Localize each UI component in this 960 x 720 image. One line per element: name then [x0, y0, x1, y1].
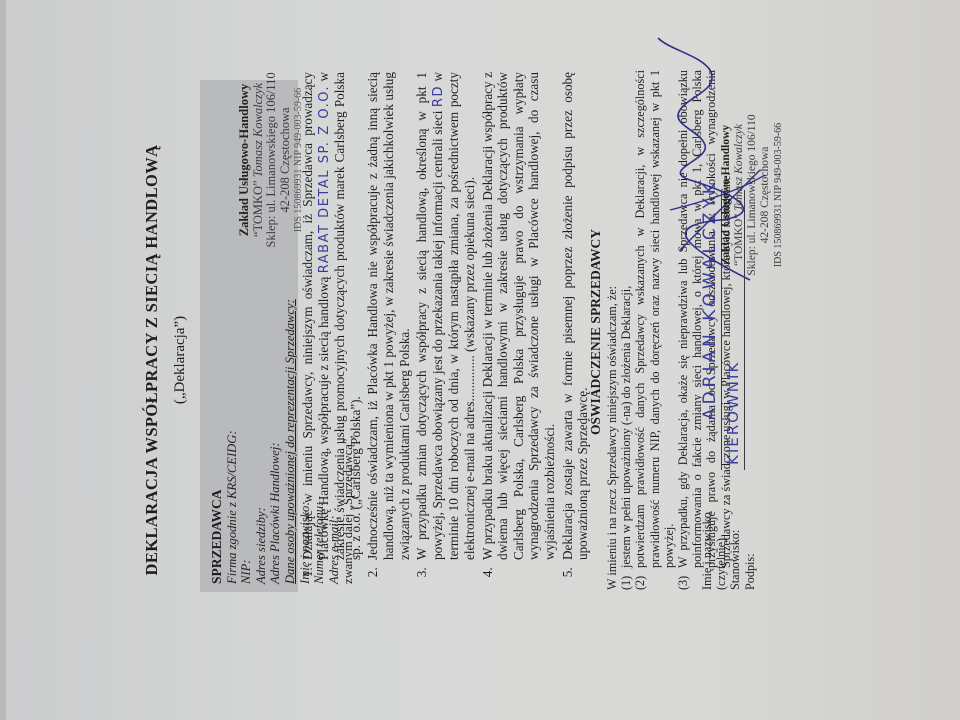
label-position: Stanowisko:: [728, 512, 742, 590]
point-text: jestem w pełni upoważniony (-na) do złoż…: [619, 70, 633, 568]
document-title: DEKLARACJA WSPÓŁPRACY Z SIECIĄ HANDLOWĄ: [142, 60, 162, 660]
point-number: (1): [619, 568, 633, 590]
label-name: Imię i nazwisko: [700, 512, 714, 590]
statement-title: OŚWIADCZENIE SPRZEDAWCY: [588, 72, 604, 592]
stamp-line: 42-208 Częstochowa: [759, 80, 772, 310]
company-stamp-bottom: Zakład Usługowo-Handlowy “TOMKO” Tomasz …: [720, 80, 785, 310]
declaration-items: Działając w imieniu Sprzedawcy, niniejsz…: [300, 72, 593, 592]
statement-point: (1)jestem w pełni upoważniony (-na) do z…: [619, 70, 633, 590]
seller-heading: SPRZEDAWCA: [210, 299, 225, 584]
point-number: (2): [633, 568, 676, 590]
item-text: Jednocześnie oświadczam, iż Placówka Han…: [365, 72, 411, 560]
handwritten-entry: RD: [431, 85, 446, 107]
field-nip: NIP:: [239, 299, 254, 584]
label-signature: Podpis:: [743, 512, 757, 590]
field-registered-address: Adres siedziby:: [254, 299, 269, 584]
declaration-item: Deklaracja zostaje zawarta w formie pise…: [560, 72, 591, 564]
paper-edge: [0, 0, 6, 720]
field-representative: Dane osoby upoważnionej do reprezentacji…: [283, 299, 298, 584]
declaration-item: Jednocześnie oświadczam, iż Placówka Han…: [365, 72, 412, 564]
stamp-line: Zakład Usługowo-Handlowy: [238, 40, 252, 280]
statement-intro: W imieniu i na rzecz Sprzedawcy niniejsz…: [605, 70, 619, 590]
field-store-address: Adres Placówki Handlowej:: [268, 299, 283, 584]
stamp-brand: “TOMKO”: [733, 211, 745, 266]
stamp-line: Sklep: ul. Limanowskiego 106/110: [746, 80, 759, 310]
handwritten-position: KIEROWNIK: [724, 361, 742, 465]
handwritten-entry: RABAT DETAL SP. Z O.O.: [317, 85, 332, 273]
stamp-brand: “TOMKO”: [251, 177, 265, 237]
stamp-line: IDS 150869931 NIP 949-003-59-66: [772, 80, 785, 310]
declaration-item: W przypadku braku aktualizacji Deklaracj…: [480, 72, 558, 564]
declaration-page: DEKLARACJA WSPÓŁPRACY Z SIECIĄ HANDLOWĄ …: [0, 0, 960, 720]
declaration-item: Działając w imieniu Sprzedawcy, niniejsz…: [300, 72, 363, 564]
stamp-line: “TOMKO” Tomasz Kowalczyk: [252, 40, 266, 280]
stamp-line: 42-208 Częstochowa: [279, 40, 293, 280]
stamp-line: “TOMKO” Tomasz Kowalczyk: [733, 80, 746, 310]
declaration-item: W przypadku zmian dotyczących współpracy…: [414, 72, 477, 564]
item-text: W przypadku zmian dotyczących współpracy…: [414, 72, 445, 560]
stamp-owner: Tomasz Kowalczyk: [733, 124, 745, 211]
item-text: W przypadku braku aktualizacji Deklaracj…: [480, 72, 557, 560]
stamp-line: Zakład Usługowo-Handlowy: [720, 80, 733, 310]
field-company: Firma zgodnie z KRS/CEIDG:: [225, 299, 240, 584]
stamp-owner: Tomasz Kowalczyk: [251, 83, 265, 177]
item-text: Deklaracja zostaje zawarta w formie pise…: [560, 72, 591, 560]
stamp-line: Sklep: ul. Limanowskiego 106/110: [265, 40, 279, 280]
company-stamp-top: Zakład Usługowo-Handlowy “TOMKO” Tomasz …: [238, 40, 306, 280]
document-subtitle: („Deklaracja”): [172, 60, 189, 660]
signature-labels: Imię i nazwisko (czytelnie) Stanowisko: …: [700, 512, 757, 590]
items-list: Działając w imieniu Sprzedawcy, niniejsz…: [300, 72, 591, 592]
label-name-note: (czytelnie): [714, 512, 728, 590]
